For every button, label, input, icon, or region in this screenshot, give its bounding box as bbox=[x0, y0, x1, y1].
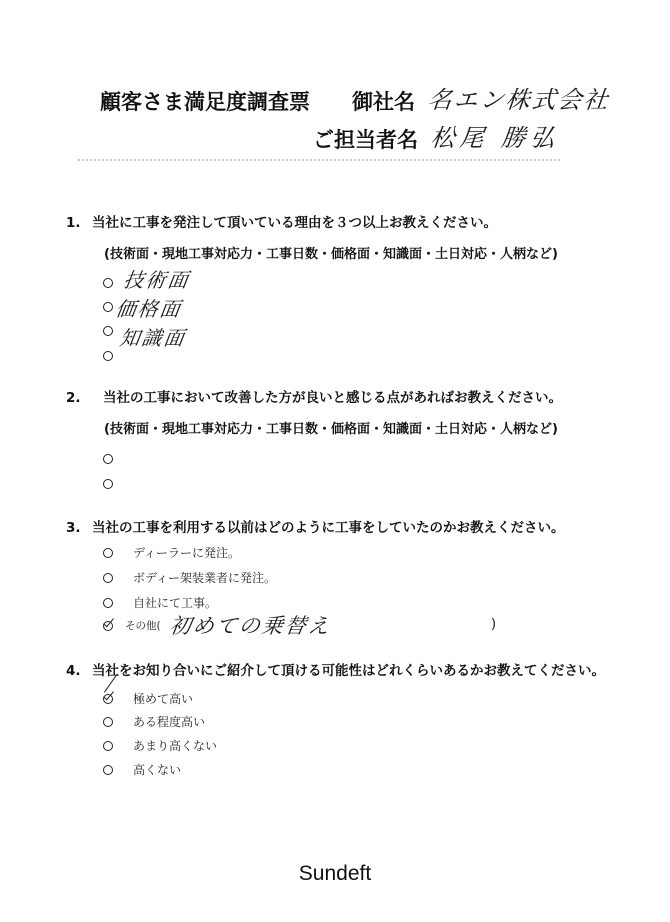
question-2: 2.当社の工事において改善した方が良いと感じる点があればお教えください。 bbox=[66, 386, 562, 406]
radio-icon[interactable] bbox=[103, 573, 113, 583]
brand-logo: Sundeft bbox=[0, 862, 670, 886]
checked-radio-icon[interactable] bbox=[103, 694, 113, 704]
other-answer-field[interactable]: 初めての乗替え bbox=[168, 610, 333, 640]
radio-icon[interactable] bbox=[103, 765, 113, 775]
option-3-1[interactable]: ディーラーに発注。 bbox=[103, 544, 240, 561]
circle-icon bbox=[103, 302, 113, 312]
header-divider bbox=[78, 159, 560, 161]
option-3-3[interactable]: 自社にて工事。 bbox=[103, 594, 217, 611]
question-4: 4.当社をお知り合いにご紹介して頂ける可能性はどれくらいあるかお教えてください。 bbox=[66, 659, 605, 679]
answer-1-4-bullet bbox=[103, 346, 113, 356]
option-label: ディーラーに発注。 bbox=[133, 544, 240, 561]
option-label: 自社にて工事。 bbox=[133, 594, 217, 611]
answer-2-2-bullet[interactable] bbox=[103, 474, 113, 493]
circle-icon bbox=[103, 454, 113, 464]
radio-icon[interactable] bbox=[103, 717, 113, 727]
circle-icon bbox=[103, 479, 113, 489]
question-2-hint: (技術面・現地工事対応力・工事日数・価格面・知識面・土日対応・人柄など) bbox=[104, 418, 558, 437]
question-number: 3. bbox=[66, 520, 92, 536]
question-number: 2. bbox=[66, 390, 103, 406]
close-paren: ) bbox=[491, 617, 496, 632]
contact-field[interactable]: 松尾 勝弘 bbox=[429, 118, 561, 153]
answer-2-1-bullet[interactable] bbox=[103, 449, 113, 468]
radio-icon[interactable] bbox=[103, 741, 113, 751]
answer-1-2[interactable]: 価格面 bbox=[114, 293, 184, 322]
question-3: 3.当社の工事を利用する以前はどのように工事をしていたのかお教えください。 bbox=[66, 516, 565, 536]
option-4-1[interactable]: 極めて高い bbox=[103, 690, 193, 707]
question-text: 当社の工事において改善した方が良いと感じる点があればお教えください。 bbox=[103, 390, 562, 406]
option-3-4[interactable]: その他( bbox=[103, 618, 161, 633]
question-number: 4. bbox=[66, 663, 92, 679]
question-text: 当社に工事を発注して頂いている理由を３つ以上お教えください。 bbox=[92, 215, 497, 231]
option-label: ある程度高い bbox=[133, 713, 205, 730]
option-3-2[interactable]: ボディー架装業者に発注。 bbox=[103, 569, 276, 586]
answer-1-3-bullet bbox=[103, 321, 113, 331]
question-1: 1.当社に工事を発注して頂いている理由を３つ以上お教えください。 bbox=[66, 211, 497, 231]
answer-1-1[interactable]: 技術面 bbox=[122, 264, 192, 293]
circle-icon bbox=[103, 278, 113, 288]
checked-radio-icon[interactable] bbox=[103, 621, 113, 631]
option-4-4[interactable]: 高くない bbox=[103, 761, 181, 778]
radio-icon[interactable] bbox=[103, 548, 113, 558]
option-label: その他( bbox=[125, 618, 161, 633]
question-text: 当社の工事を利用する以前はどのように工事をしていたのかお教えください。 bbox=[92, 520, 565, 536]
circle-icon bbox=[103, 351, 113, 361]
option-label: 高くない bbox=[133, 761, 181, 778]
radio-icon[interactable] bbox=[103, 598, 113, 608]
question-text: 当社をお知り合いにご紹介して頂ける可能性はどれくらいあるかお教えてください。 bbox=[92, 663, 605, 679]
option-label: 極めて高い bbox=[133, 690, 193, 707]
option-label: ボディー架装業者に発注。 bbox=[133, 569, 276, 586]
contact-label: ご担当者名 bbox=[313, 124, 418, 154]
question-1-hint: (技術面・現地工事対応力・工事日数・価格面・知識面・土日対応・人柄など) bbox=[104, 243, 558, 262]
option-4-2[interactable]: ある程度高い bbox=[103, 713, 205, 730]
form-title: 顧客さま満足度調査票 bbox=[100, 86, 310, 116]
option-label: あまり高くない bbox=[133, 737, 217, 754]
circle-icon bbox=[103, 326, 113, 336]
answer-1-1-bullet bbox=[103, 273, 113, 283]
question-number: 1. bbox=[66, 215, 92, 231]
company-label: 御社名 bbox=[352, 86, 415, 116]
company-field[interactable]: 名エン株式会社 bbox=[426, 80, 612, 115]
option-4-3[interactable]: あまり高くない bbox=[103, 737, 217, 754]
answer-1-3[interactable]: 知識面 bbox=[118, 322, 188, 351]
answer-1-2-bullet bbox=[103, 297, 113, 307]
